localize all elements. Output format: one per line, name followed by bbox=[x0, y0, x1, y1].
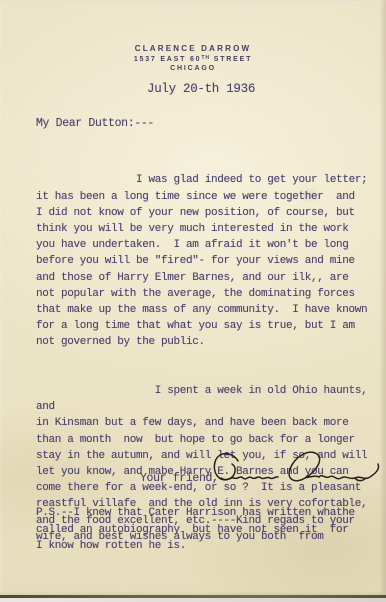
letterhead: CLARENCE DARROW 1537 EAST 60TH STREET CH… bbox=[0, 44, 386, 73]
salutation: My Dear Dutton:--- bbox=[36, 117, 154, 130]
signature-ink-strokes bbox=[208, 447, 386, 503]
letter-date: July 20-th 1936 bbox=[147, 82, 255, 96]
letterhead-address: 1537 EAST 60TH STREET bbox=[0, 54, 386, 64]
letterhead-city: CHICAGO bbox=[0, 64, 386, 73]
letterhead-name: CLARENCE DARROW bbox=[0, 44, 386, 54]
handwritten-signature bbox=[208, 447, 386, 503]
letterhead-address-street: STREET bbox=[210, 56, 252, 63]
body-paragraph-1: I was glad indeed to get your letter; it… bbox=[36, 172, 372, 350]
letterhead-address-number: 1537 EAST 60 bbox=[134, 56, 202, 63]
valediction: Your friend, bbox=[140, 472, 219, 485]
letterhead-address-ordinal: TH bbox=[201, 55, 210, 61]
scanned-letter-page: { "letterhead": { "name": "CLARENCE DARR… bbox=[0, 0, 386, 602]
postscript: P.S.--I knew that Cater Harrison has wri… bbox=[36, 505, 376, 555]
paper-under-shadow bbox=[0, 598, 386, 602]
